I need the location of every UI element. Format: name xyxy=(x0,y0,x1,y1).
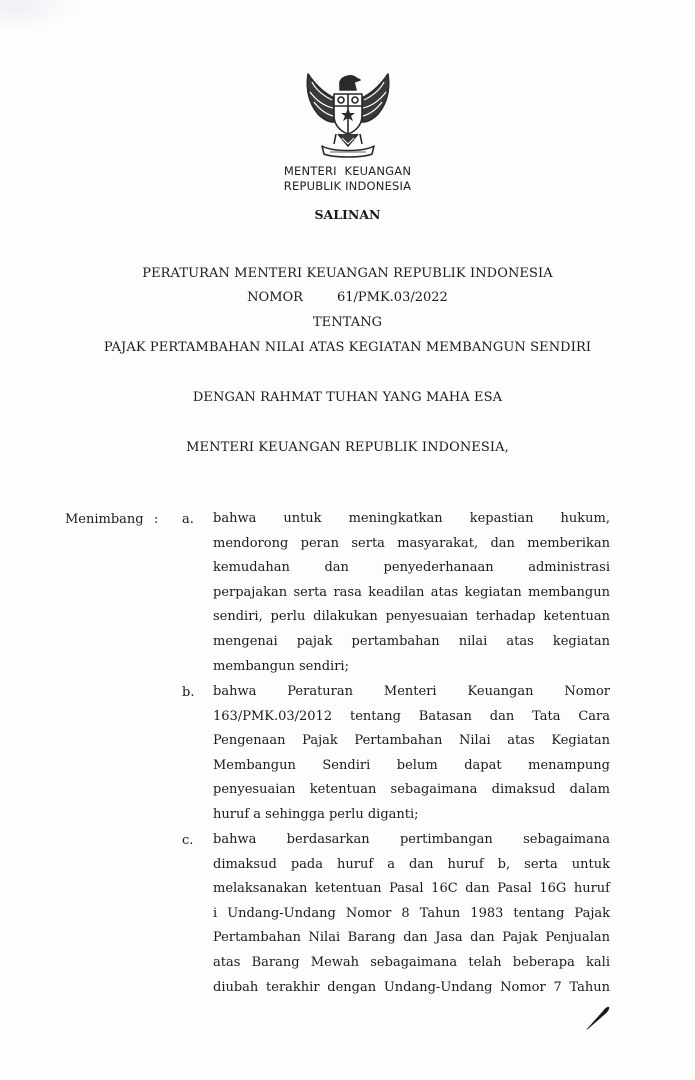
item-marker-b: b. xyxy=(182,685,194,700)
text-line: melaksanakan ketentuan Pasal 16C dan Pas… xyxy=(213,877,610,902)
regulation-title: PERATURAN MENTERI KEUANGAN REPUBLIK INDO… xyxy=(0,266,695,281)
considerations-label: Menimbang xyxy=(65,512,144,527)
invocation: DENGAN RAHMAT TUHAN YANG MAHA ESA xyxy=(0,390,695,405)
regulation-number: NOMOR61/PMK.03/2022 xyxy=(0,290,695,305)
consideration-item-b: bahwa Peraturan Menteri Keuangan Nomor16… xyxy=(213,680,610,828)
text-line: mengenai pajak pertambahan nilai atas ke… xyxy=(213,630,610,655)
ministry-name-line2: REPUBLIK INDONESIA xyxy=(240,179,455,193)
text-line: perpajakan serta rasa keadilan atas kegi… xyxy=(213,581,610,606)
nomor-value: 61/PMK.03/2022 xyxy=(337,290,448,305)
item-marker-c: c. xyxy=(182,833,193,848)
text-line: mendorong peran serta masyarakat, dan me… xyxy=(213,532,610,557)
item-marker-a: a. xyxy=(182,512,194,527)
initial-mark-icon xyxy=(583,1003,613,1033)
text-line: bahwa untuk meningkatkan kepastian hukum… xyxy=(213,507,610,532)
text-line: huruf a sehingga perlu diganti; xyxy=(213,803,610,828)
scan-smudge xyxy=(0,0,80,30)
text-line: membangun sendiri; xyxy=(213,655,610,680)
text-line: 163/PMK.03/2012 tentang Batasan dan Tata… xyxy=(213,705,610,730)
authority-line: MENTERI KEUANGAN REPUBLIK INDONESIA, xyxy=(0,440,695,455)
text-line: bahwa Peraturan Menteri Keuangan Nomor xyxy=(213,680,610,705)
copy-label: SALINAN xyxy=(0,207,695,222)
ministry-name-line1: MENTERI KEUANGAN xyxy=(240,164,455,178)
nomor-label: NOMOR xyxy=(247,290,303,305)
consideration-item-c: bahwa berdasarkan pertimbangan sebagaima… xyxy=(213,828,610,1000)
text-line: dimaksud pada huruf a dan huruf b, serta… xyxy=(213,853,610,878)
considerations-separator: : xyxy=(154,512,158,527)
text-line: kemudahan dan penyederhanaan administras… xyxy=(213,556,610,581)
text-line: diubah terakhir dengan Undang-Undang Nom… xyxy=(213,976,610,1001)
text-line: atas Barang Mewah sebagaimana telah bebe… xyxy=(213,951,610,976)
document-page: MENTERI KEUANGAN REPUBLIK INDONESIA SALI… xyxy=(0,0,695,1080)
text-line: Pertambahan Nilai Barang dan Jasa dan Pa… xyxy=(213,926,610,951)
text-line: Membangun Sendiri belum dapat menampung xyxy=(213,754,610,779)
text-line: bahwa berdasarkan pertimbangan sebagaima… xyxy=(213,828,610,853)
garuda-emblem-icon xyxy=(300,68,396,164)
regulation-subject: PAJAK PERTAMBAHAN NILAI ATAS KEGIATAN ME… xyxy=(0,340,695,355)
text-line: penyesuaian ketentuan sebagaimana dimaks… xyxy=(213,778,610,803)
tentang-label: TENTANG xyxy=(0,315,695,330)
text-line: Pengenaan Pajak Pertambahan Nilai atas K… xyxy=(213,729,610,754)
text-line: sendiri, perlu dilakukan penyesuaian ter… xyxy=(213,605,610,630)
text-line: i Undang-Undang Nomor 8 Tahun 1983 tenta… xyxy=(213,902,610,927)
consideration-item-a: bahwa untuk meningkatkan kepastian hukum… xyxy=(213,507,610,679)
